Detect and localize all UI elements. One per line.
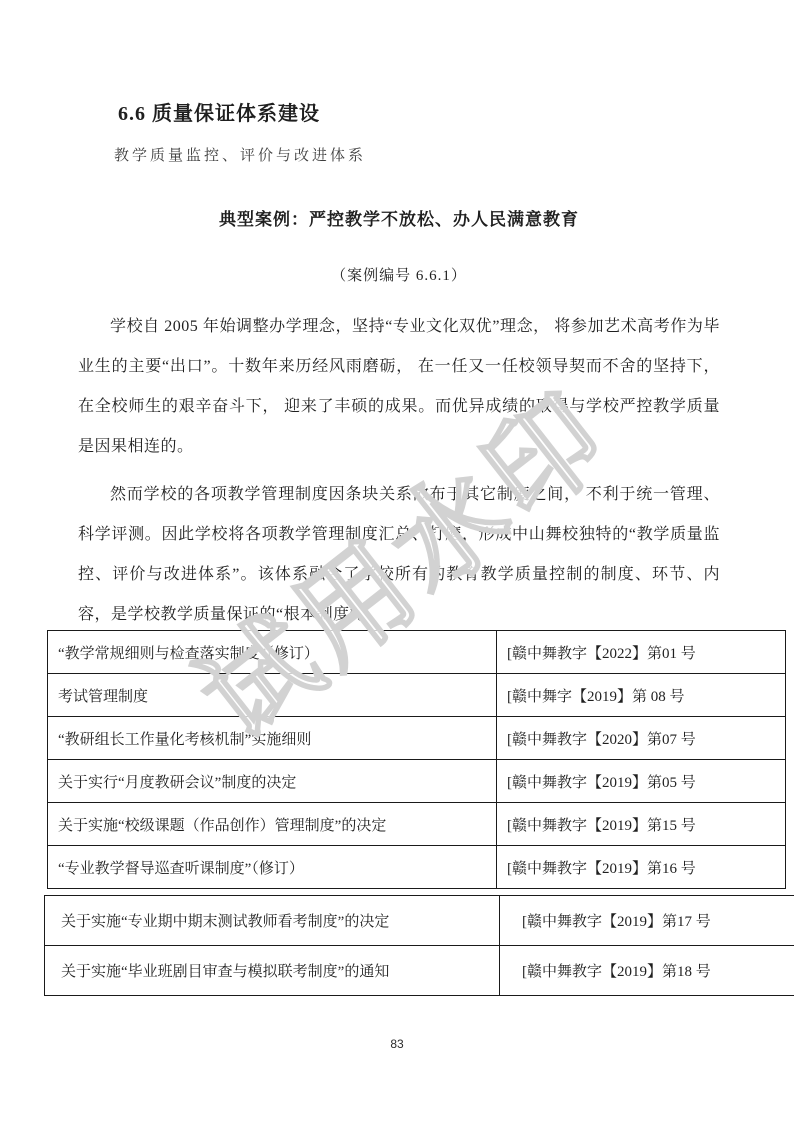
policy-title-cell: 关于实行“月度教研会议”制度的决定 (48, 760, 497, 803)
page-content: 6.6 质量保证体系建设 教学质量监控、评价与改进体系 典型案例：严控教学不放松… (0, 100, 794, 635)
page-number-footer: 83 (0, 1037, 794, 1051)
section-heading: 6.6 质量保证体系建设 (118, 100, 720, 128)
policy-table-lower: 关于实施“专业期中期末测试教师看考制度”的决定[赣中舞教字【2019】第17 号… (44, 895, 794, 996)
policy-table-upper: “教学常规细则与检查落实制度”（修订）[赣中舞教字【2022】第01 号考试管理… (47, 630, 786, 889)
policy-title-cell: “教研组长工作量化考核机制”实施细则 (48, 717, 497, 760)
table-row: “教学常规细则与检查落实制度”（修订）[赣中舞教字【2022】第01 号 (48, 631, 786, 674)
table-row: “专业教学督导巡查听课制度”（修订）[赣中舞教字【2019】第16 号 (48, 846, 786, 889)
paragraph-1: 学校自 2005 年始调整办学理念，坚持“专业文化双优”理念， 将参加艺术高考作… (78, 307, 720, 467)
policy-title-cell: 关于实施“校级课题（作品创作）管理制度”的决定 (48, 803, 497, 846)
doc-number-cell: [赣中舞教字【2019】第16 号 (497, 846, 786, 889)
doc-number-cell: [赣中舞教字【2019】第18 号 (500, 946, 794, 996)
policy-title-cell: 考试管理制度 (48, 674, 497, 717)
table-row: 关于实施“校级课题（作品创作）管理制度”的决定[赣中舞教字【2019】第15 号 (48, 803, 786, 846)
paragraph-2: 然而学校的各项教学管理制度因条块关系散布于其它制度之间， 不利于统一管理、科学评… (78, 475, 720, 635)
table-row: 关于实施“专业期中期末测试教师看考制度”的决定[赣中舞教字【2019】第17 号 (45, 896, 794, 946)
doc-number-cell: [赣中舞教字【2022】第01 号 (497, 631, 786, 674)
table-row: 考试管理制度[赣中舞字【2019】第 08 号 (48, 674, 786, 717)
doc-number-cell: [赣中舞教字【2019】第05 号 (497, 760, 786, 803)
section-subheading: 教学质量监控、评价与改进体系 (114, 144, 720, 165)
case-title: 典型案例：严控教学不放松、办人民满意教育 (78, 205, 720, 230)
table-row: 关于实行“月度教研会议”制度的决定[赣中舞教字【2019】第05 号 (48, 760, 786, 803)
doc-number-cell: [赣中舞教字【2019】第17 号 (500, 896, 794, 946)
doc-number-cell: [赣中舞教字【2020】第07 号 (497, 717, 786, 760)
table-row: “教研组长工作量化考核机制”实施细则[赣中舞教字【2020】第07 号 (48, 717, 786, 760)
table-row: 关于实施“毕业班剧目审查与模拟联考制度”的通知[赣中舞教字【2019】第18 号 (45, 946, 794, 996)
doc-number-cell: [赣中舞教字【2019】第15 号 (497, 803, 786, 846)
case-number: （案例编号 6.6.1） (78, 264, 720, 285)
policy-title-cell: 关于实施“毕业班剧目审查与模拟联考制度”的通知 (45, 946, 500, 996)
policy-title-cell: 关于实施“专业期中期末测试教师看考制度”的决定 (45, 896, 500, 946)
policy-title-cell: “教学常规细则与检查落实制度”（修订） (48, 631, 497, 674)
policy-title-cell: “专业教学督导巡查听课制度”（修订） (48, 846, 497, 889)
document-page: 6.6 质量保证体系建设 教学质量监控、评价与改进体系 典型案例：严控教学不放松… (0, 0, 794, 1123)
doc-number-cell: [赣中舞字【2019】第 08 号 (497, 674, 786, 717)
